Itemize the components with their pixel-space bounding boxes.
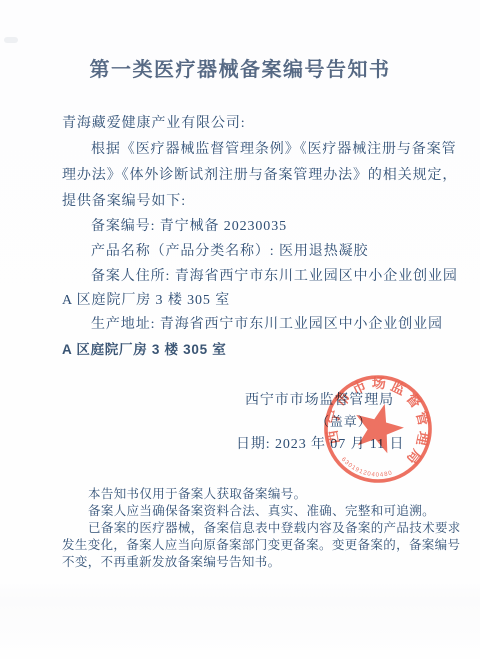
document-page: 第一类医疗器械备案编号告知书 青海藏爱健康产业有限公司: 根据《医疗器械监督管理… bbox=[0, 0, 480, 659]
legal-basis-line-1: 根据《医疗器械监督管理条例》《医疗器械注册与备案管 bbox=[91, 138, 457, 158]
footer-note-line: 备案人应当确保备案资料合法、真实、准确、完整和可追溯。 bbox=[88, 501, 435, 519]
legal-basis-line-2: 理办法》《体外诊断试剂注册与备案管理办法》的相关规定， bbox=[62, 164, 457, 184]
filing-number-line: 备案编号: 青宁械备 20230035 bbox=[91, 215, 287, 235]
production-address-line-1: 生产地址: 青海省西宁市东川工业园区中小企业创业园 bbox=[91, 313, 443, 333]
footer-note-line: 已备案的医疗器械，备案信息表中登载内容及备案的产品技术要求 bbox=[88, 518, 461, 536]
seal-star-icon bbox=[349, 397, 409, 455]
footer-note-line: 本告知书仅用于备案人获取备案编号。 bbox=[88, 484, 306, 502]
production-address-line-2: A 区庭院厂房 3 楼 305 室 bbox=[62, 338, 226, 358]
official-seal: 西宁市市场监督管理局 6301912040480 bbox=[318, 372, 438, 486]
holder-address-line-2: A 区庭院厂房 3 楼 305 室 bbox=[62, 289, 230, 309]
footer-note-line: 发生变化，备案人应当向原备案部门变更备案。变更备案的，备案编号 bbox=[62, 535, 460, 553]
addressee-line: 青海藏爱健康产业有限公司: bbox=[62, 112, 246, 132]
scan-artifact bbox=[4, 37, 18, 43]
provide-number-line: 提供备案编号如下: bbox=[62, 190, 186, 210]
footer-note-line: 不变，不再重新发放备案编号告知书。 bbox=[62, 552, 280, 570]
holder-address-line-1: 备案人住所: 青海省西宁市东川工业园区中小企业创业园 bbox=[91, 265, 458, 285]
document-title: 第一类医疗器械备案编号告知书 bbox=[0, 53, 480, 82]
product-name-line: 产品名称（产品分类名称）: 医用退热凝胶 bbox=[91, 240, 368, 260]
